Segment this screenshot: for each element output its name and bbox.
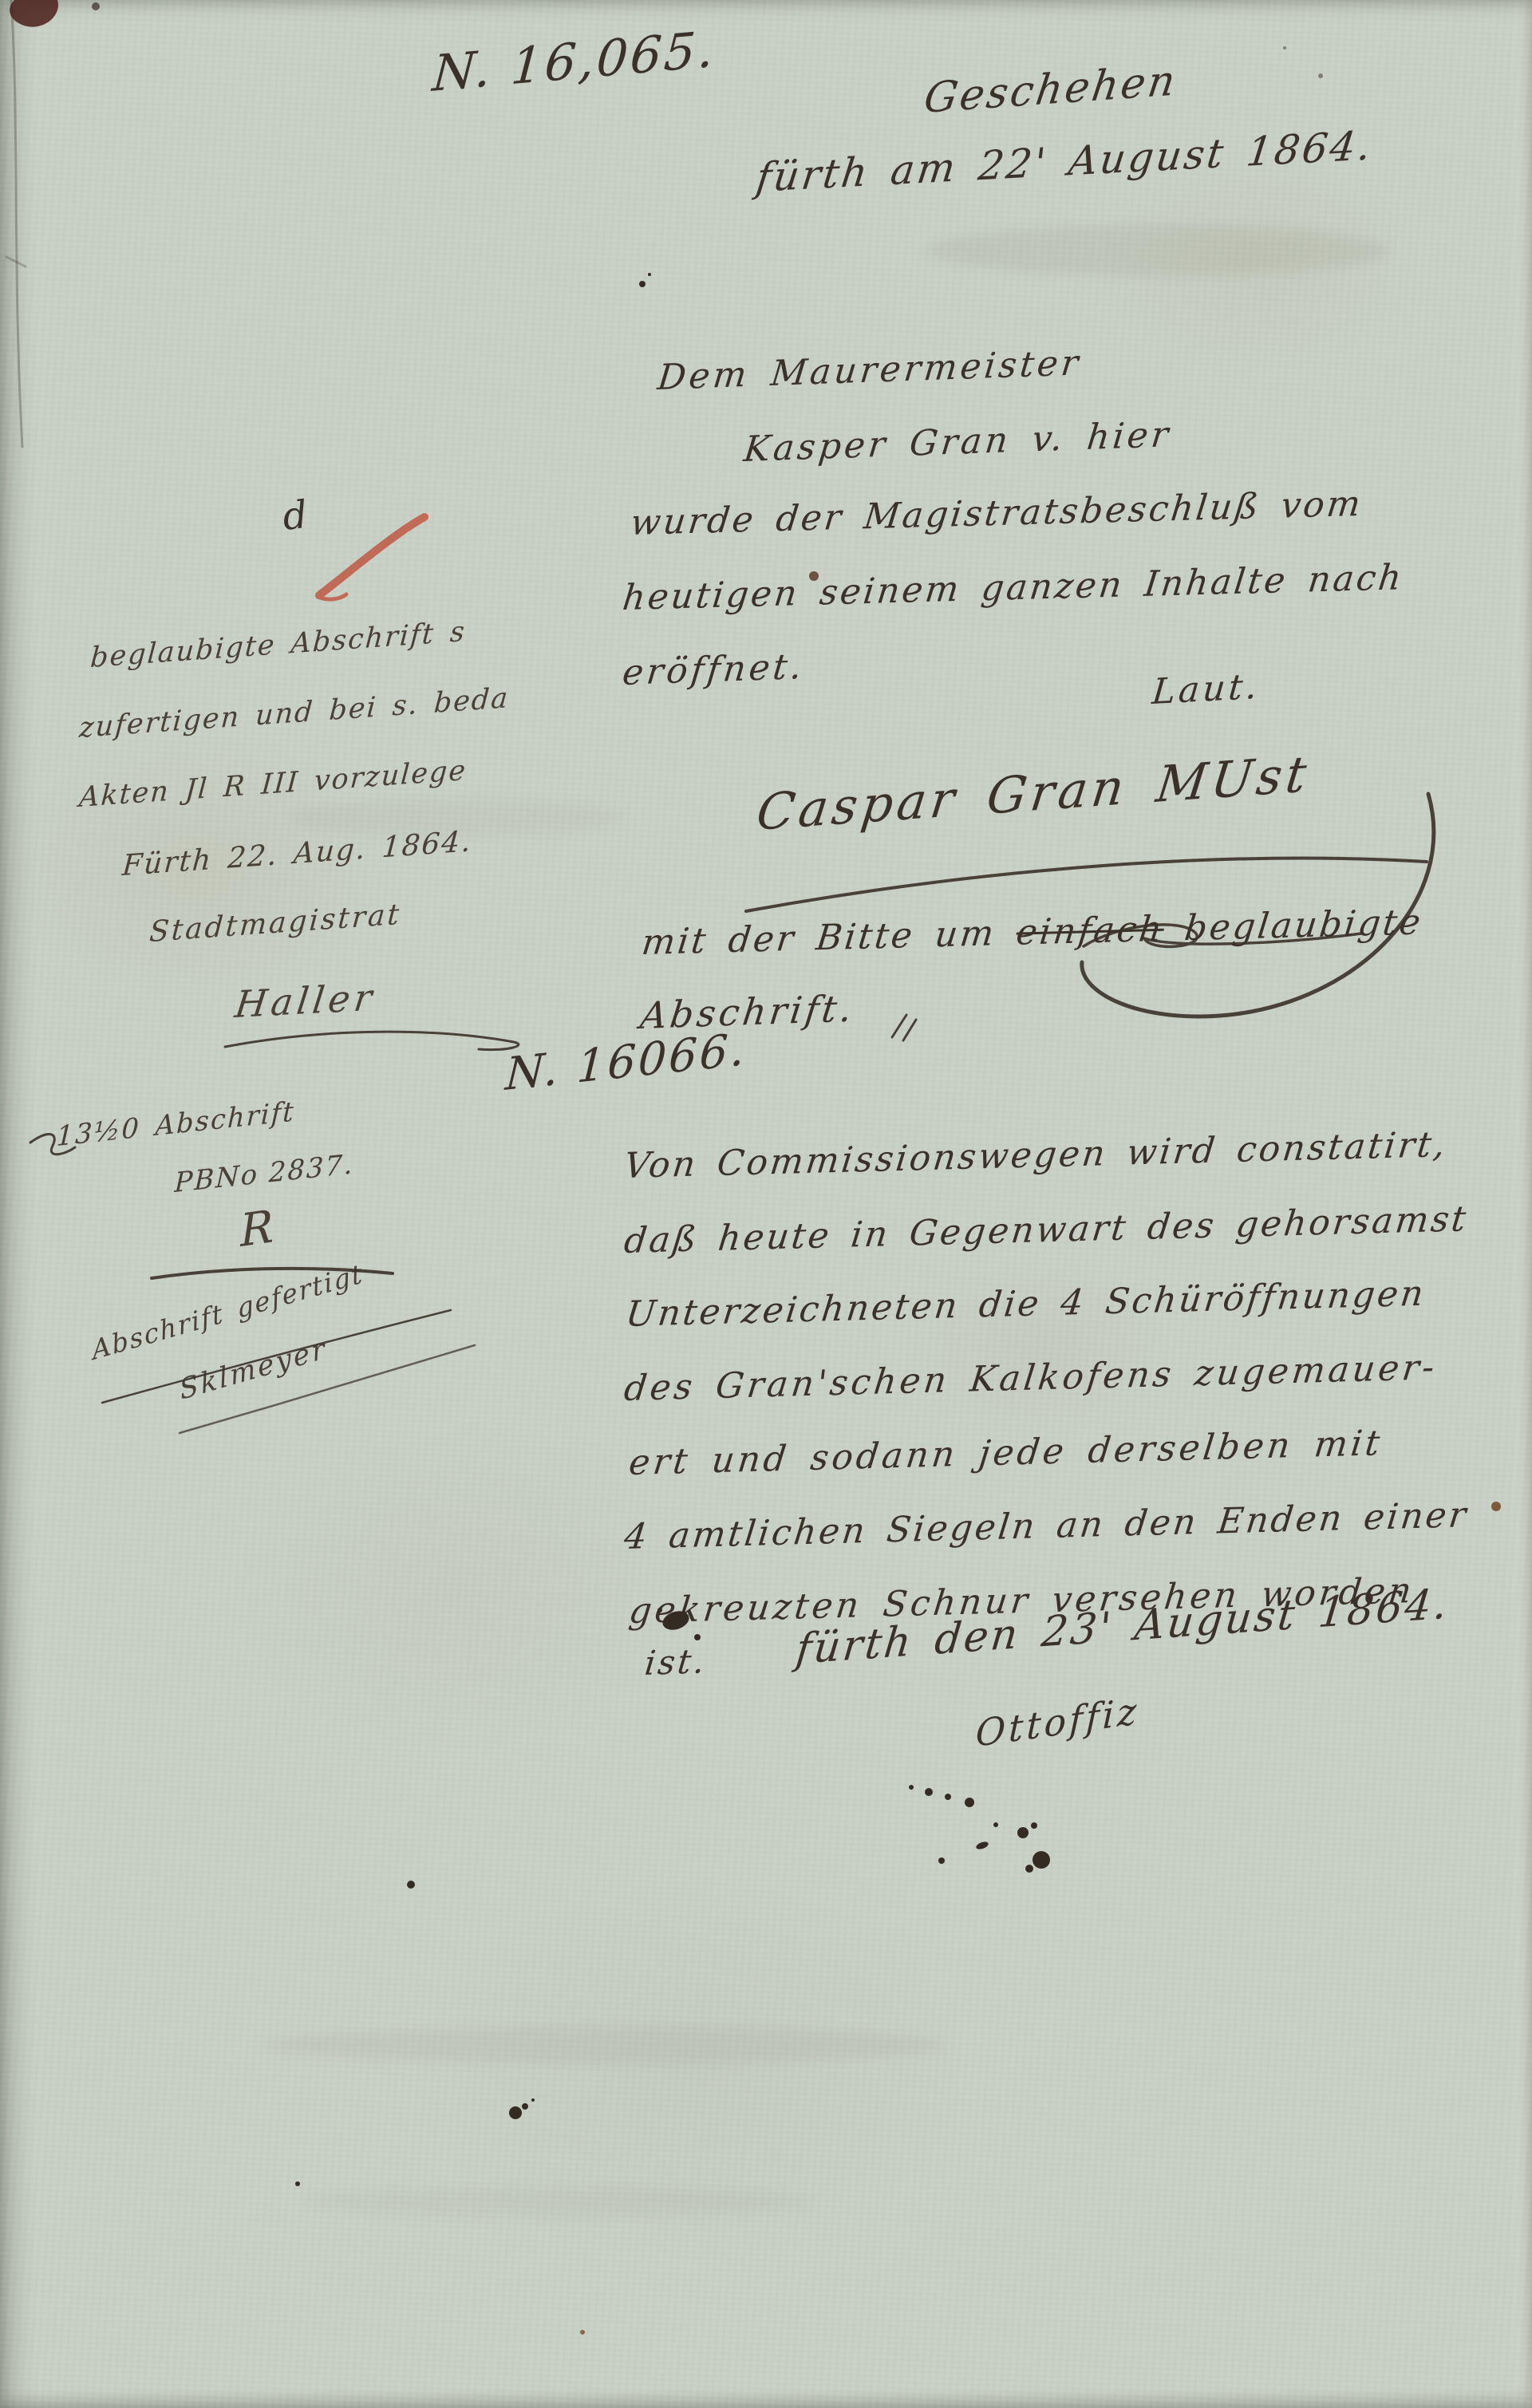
entry1-body-line: eröffnet.	[621, 649, 807, 691]
margin-note2-line: 13½0 Abschrift	[56, 1098, 295, 1151]
bleedthrough-smudge	[263, 2027, 950, 2063]
margin-note1-line: Fürth 22. Aug. 1864.	[121, 827, 473, 881]
request-struck-word: einfach	[1014, 909, 1167, 953]
margin-note1-signature: Haller	[233, 978, 378, 1023]
entry1-body-line: Dem Maurermeister	[656, 345, 1083, 396]
entry2-body-line: ist.	[643, 1644, 709, 1680]
entry1-heading: Geschehen	[922, 60, 1180, 120]
entry1-body-line: heutigen seinem ganzen Inhalte nach	[621, 560, 1405, 616]
stray-pen-slashes	[892, 1015, 916, 1040]
haller-underline-flourish	[225, 1032, 519, 1049]
document-page: N. 16,065. Geschehen fürth am 22' August…	[0, 0, 1532, 2408]
entry2-body-line: des Gran'schen Kalkofens zugemauer-	[622, 1350, 1439, 1407]
request-text: beglaubigte	[1162, 902, 1425, 949]
paper-crease	[11, 0, 22, 447]
margin-note1-line: zufertigen und bei s. beda	[78, 685, 510, 743]
margin-note3-line: Sklmeyer	[178, 1335, 329, 1405]
corner-stain	[10, 0, 100, 27]
request-text: mit der Bitte um	[640, 913, 1019, 963]
margin-note2-line: PBNo 2837.	[174, 1151, 354, 1197]
entry1-dateline: fürth am 22' August 1864.	[754, 125, 1376, 198]
entry1-body-line: Laut.	[1151, 669, 1262, 710]
entry1-body-line: Kasper Gran v. hier	[742, 417, 1173, 468]
entry2-body-line: 4 amtlichen Siegeln an den Enden einer	[622, 1498, 1470, 1555]
margin-note1-line: beglaubigte Abschrift s	[89, 618, 467, 673]
margin-note1-line: Stadtmagistrat	[148, 901, 402, 947]
paper-crease	[6, 257, 26, 266]
entry1-body-line: wurde der Magistratsbeschluß vom	[629, 487, 1364, 541]
margin-note1-line: Akten Jl R III vorzulege	[78, 757, 468, 812]
bleedthrough-smudge	[926, 225, 1388, 276]
entry1-request-line: mit der Bitte um einfach beglaubigte	[640, 905, 1424, 961]
entry1-number: N. 16,065.	[431, 24, 717, 99]
entry2-signature: Ottoffiz	[975, 1692, 1140, 1752]
red-pencil-slash	[318, 517, 424, 599]
signature-underline-flourish	[746, 859, 1427, 911]
margin-letter-mark: d	[281, 495, 310, 536]
entry2-body-line: daß heute in Gegenwart des gehorsamst	[622, 1202, 1470, 1259]
entry2-body-line: ert und sodann jede derselben mit	[627, 1426, 1384, 1481]
entry2-number: N. 16066.	[504, 1028, 748, 1098]
bleedthrough-smudge	[303, 2186, 814, 2218]
margin-note2-paraph: R	[239, 1205, 274, 1254]
entry2-body-line: Unterzeichneten die 4 Schüröffnungen	[624, 1277, 1427, 1332]
entry2-body-line: Von Commissionswegen wird constatirt,	[622, 1127, 1449, 1184]
entry1-signature: Caspar Gran MUst	[754, 749, 1313, 838]
